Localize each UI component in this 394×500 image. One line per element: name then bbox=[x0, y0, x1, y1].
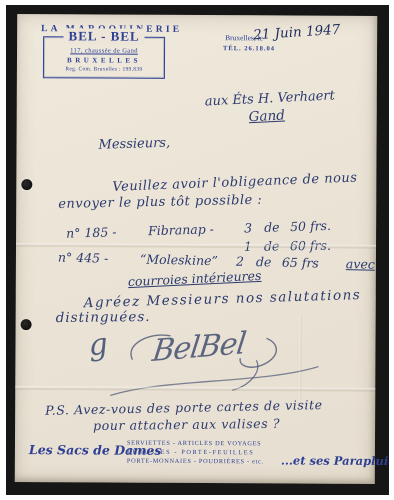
item-price: 50 frs. bbox=[290, 218, 331, 234]
item-quantity: 2 bbox=[236, 254, 244, 269]
footer-caps-block: SERVIETTES - ARTICLES DE VOYAGES TROUSSE… bbox=[127, 439, 264, 467]
postscript-line-1: P.S. Avez-vous des porte cartes de visit… bbox=[45, 397, 323, 418]
brand-address: 117, chaussée de Gand bbox=[44, 47, 164, 55]
footer-script-right: ...et ses Parapluies bbox=[281, 453, 389, 468]
closing-line-1: Agréez Messieurs nos salutations bbox=[84, 287, 362, 311]
punch-hole-top bbox=[21, 179, 32, 190]
brand-register: Reg. Com. Bruxelles : 199.839 bbox=[44, 66, 164, 73]
request-line-1: Veuillez avoir l'obligeance de nous bbox=[112, 171, 358, 195]
item-de: de bbox=[264, 219, 280, 234]
addressee-line-2: Gand bbox=[248, 108, 285, 126]
scanned-letter-page: LA MAROQUINERIE BEL - BEL 117, chaussée … bbox=[0, 0, 394, 500]
letterhead-brand-box: BEL - BEL 117, chaussée de Gand BRUXELLE… bbox=[43, 36, 165, 79]
items-note: courroies intérieures bbox=[128, 268, 262, 289]
item-ref: n° 445 - bbox=[58, 250, 109, 266]
item-suffix-avec: avec bbox=[346, 256, 375, 272]
item-name: Fibranap - bbox=[148, 221, 214, 238]
item-quantity: 3 bbox=[244, 220, 252, 235]
item-name: “Moleskine” bbox=[140, 251, 218, 268]
item-ref: n° 185 - bbox=[66, 224, 117, 240]
scan-black-frame: LA MAROQUINERIE BEL - BEL 117, chaussée … bbox=[6, 5, 389, 495]
letter-paper: LA MAROQUINERIE BEL - BEL 117, chaussée … bbox=[15, 14, 377, 484]
postscript-line-2: pour attacher aux valises ? bbox=[93, 416, 280, 433]
punch-hole-bottom bbox=[21, 319, 32, 330]
item-price: 65 frs bbox=[282, 255, 319, 271]
footer-caps-line-3: PORTE-MONNAIES - POUDRIÈRES - etc. bbox=[127, 457, 264, 467]
brand-name: BEL - BEL bbox=[63, 28, 144, 44]
request-line-2: envoyer le plus tôt possible : bbox=[58, 193, 262, 212]
brand-city: BRUXELLES bbox=[44, 56, 164, 65]
salutation: Messieurs, bbox=[98, 136, 170, 153]
signature-initial: g bbox=[87, 327, 110, 364]
addressee-line-1: aux Éts H. Verhaert bbox=[205, 88, 336, 109]
phone-line: TÉL. 26.18.04 bbox=[223, 45, 275, 52]
handwritten-date: 21 Juin 1947 bbox=[253, 22, 341, 44]
